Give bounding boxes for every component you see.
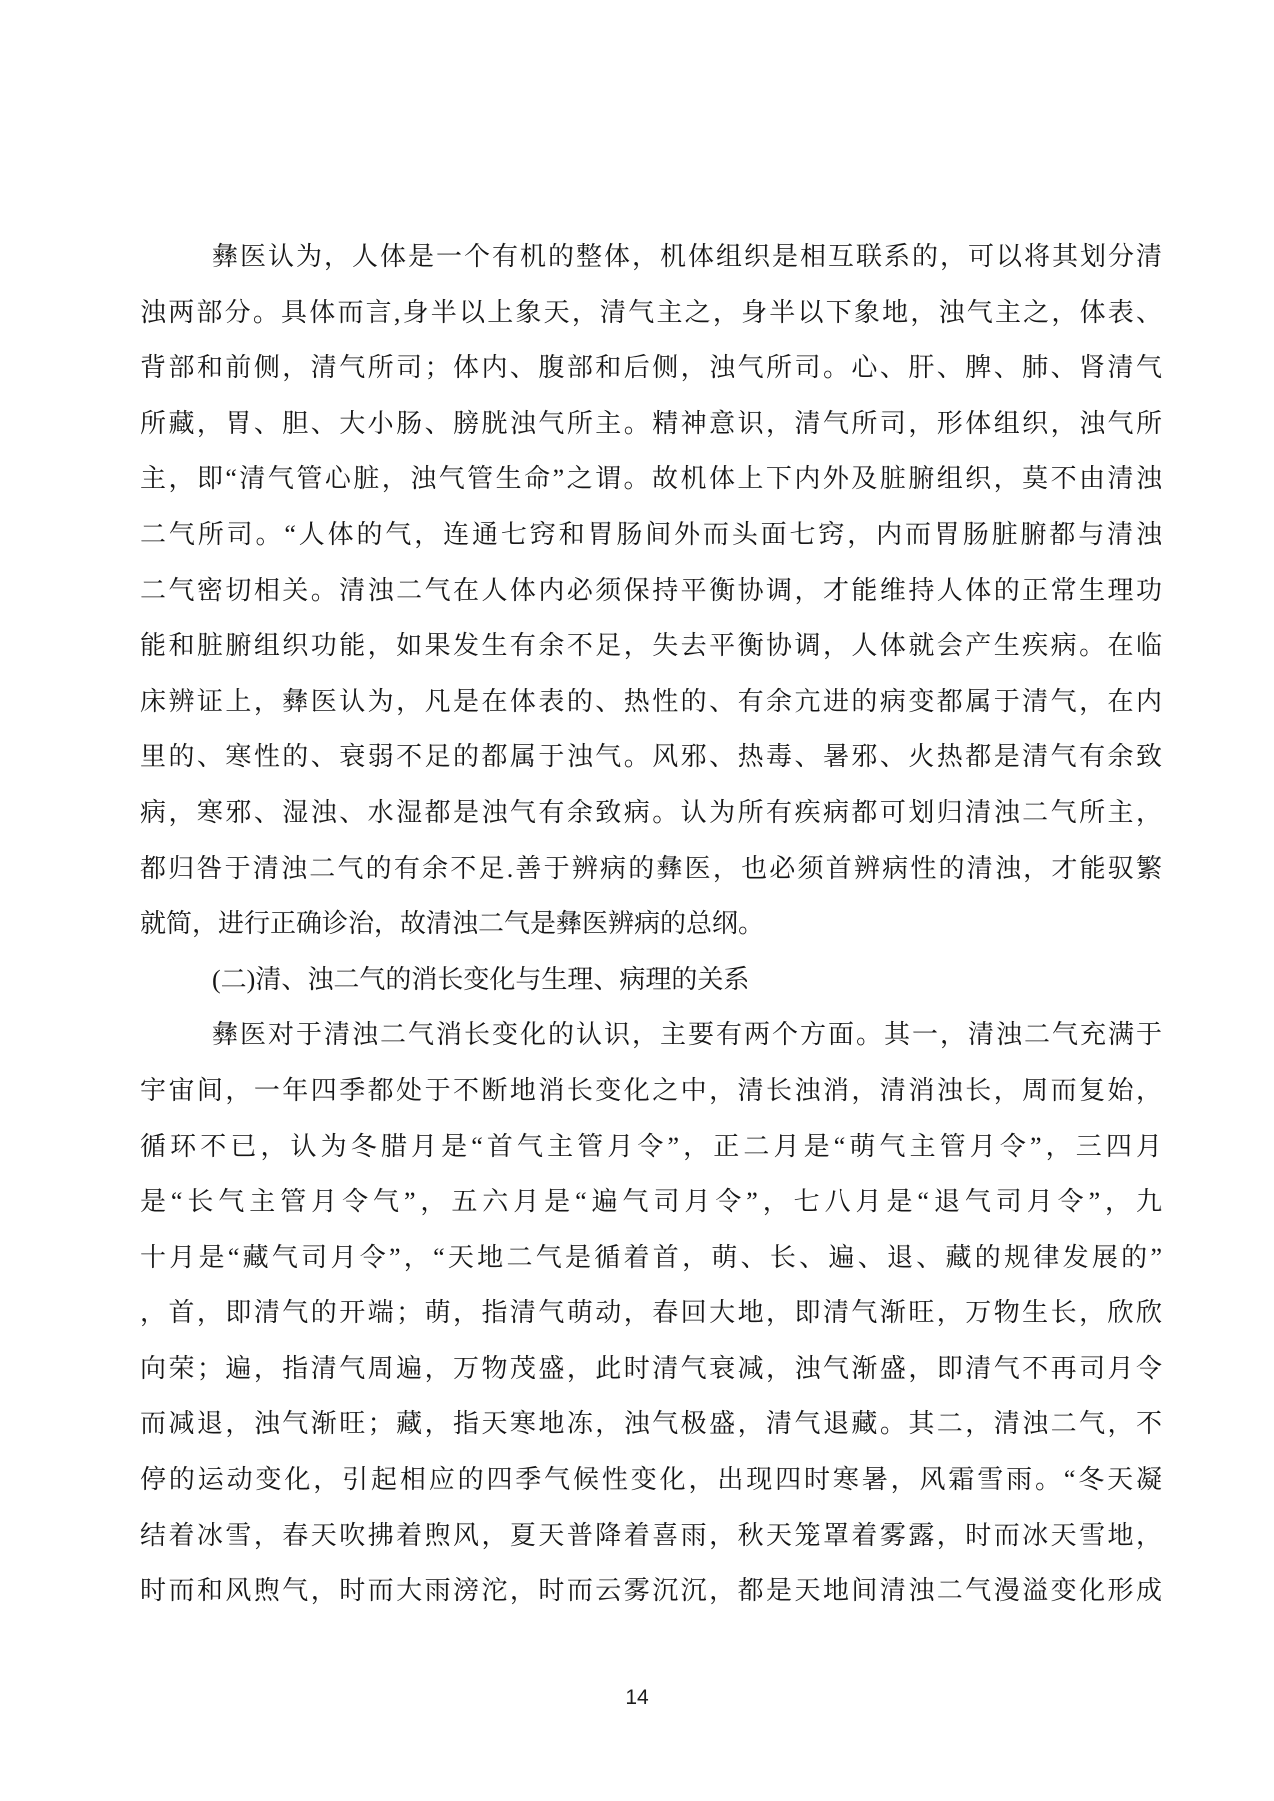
text-line: ，首，即清气的开端；萌，指清气萌动，春回大地，即清气渐旺，万物生长，欣欣 [140, 1285, 1162, 1341]
body-text-block: 彝医认为，人体是一个有机的整体，机体组织是相互联系的，可以将其划分清浊两部分。具… [140, 229, 1162, 1619]
text-line: 向荣；遍，指清气周遍，万物茂盛，此时清气衰减，浊气渐盛，即清气不再司月令 [140, 1341, 1162, 1397]
text-line: 循环不已，认为冬腊月是“首气主管月令”，正二月是“萌气主管月令”，三四月 [140, 1119, 1162, 1175]
text-line: 里的、寒性的、衰弱不足的都属于浊气。风邪、热毒、暑邪、火热都是清气有余致 [140, 729, 1162, 785]
text-line: 二气密切相关。清浊二气在人体内必须保持平衡协调，才能维持人体的正常生理功 [140, 563, 1162, 619]
text-line: 是“长气主管月令气”，五六月是“遍气司月令”，七八月是“退气司月令”，九 [140, 1174, 1162, 1230]
text-line: 彝医认为，人体是一个有机的整体，机体组织是相互联系的，可以将其划分清 [140, 229, 1162, 285]
text-line: 床辨证上，彝医认为，凡是在体表的、热性的、有余亢进的病变都属于清气，在内 [140, 674, 1162, 730]
document-page: 彝医认为，人体是一个有机的整体，机体组织是相互联系的，可以将其划分清浊两部分。具… [0, 0, 1274, 1801]
text-line: 十月是“藏气司月令”，“天地二气是循着首，萌、长、遍、退、藏的规律发展的” [140, 1230, 1162, 1286]
text-line: 病，寒邪、湿浊、水湿都是浊气有余致病。认为所有疾病都可划归清浊二气所主， [140, 785, 1162, 841]
text-line: 就简，进行正确诊治，故清浊二气是彝医辨病的总纲。 [140, 896, 1162, 952]
text-line: 彝医对于清浊二气消长变化的认识，主要有两个方面。其一，清浊二气充满于 [140, 1007, 1162, 1063]
text-line: 结着冰雪，春天吹拂着煦风，夏天普降着喜雨，秋天笼罩着雾露，时而冰天雪地， [140, 1508, 1162, 1564]
text-line: (二)清、浊二气的消长变化与生理、病理的关系 [140, 952, 1162, 1008]
text-line: 浊两部分。具体而言,身半以上象天，清气主之，身半以下象地，浊气主之，体表、 [140, 285, 1162, 341]
text-line: 所藏，胃、胆、大小肠、膀胱浊气所主。精神意识，清气所司，形体组织，浊气所 [140, 396, 1162, 452]
page-number: 14 [0, 1686, 1274, 1710]
text-line: 背部和前侧，清气所司；体内、腹部和后侧，浊气所司。心、肝、脾、肺、肾清气 [140, 340, 1162, 396]
text-line: 而减退，浊气渐旺；藏，指天寒地冻，浊气极盛，清气退藏。其二，清浊二气，不 [140, 1396, 1162, 1452]
text-line: 时而和风煦气，时而大雨滂沱，时而云雾沉沉，都是天地间清浊二气漫溢变化形成 [140, 1563, 1162, 1619]
text-line: 停的运动变化，引起相应的四季气候性变化，出现四时寒暑，风霜雪雨。“冬天凝 [140, 1452, 1162, 1508]
text-line: 宇宙间，一年四季都处于不断地消长变化之中，清长浊消，清消浊长，周而复始， [140, 1063, 1162, 1119]
text-line: 主，即“清气管心脏，浊气管生命”之谓。故机体上下内外及脏腑组织，莫不由清浊 [140, 451, 1162, 507]
text-line: 能和脏腑组织功能，如果发生有余不足，失去平衡协调，人体就会产生疾病。在临 [140, 618, 1162, 674]
text-line: 都归咎于清浊二气的有余不足.善于辨病的彝医，也必须首辨病性的清浊，才能驭繁 [140, 841, 1162, 897]
text-line: 二气所司。“人体的气，连通七窍和胃肠间外而头面七窍，内而胃肠脏腑都与清浊 [140, 507, 1162, 563]
